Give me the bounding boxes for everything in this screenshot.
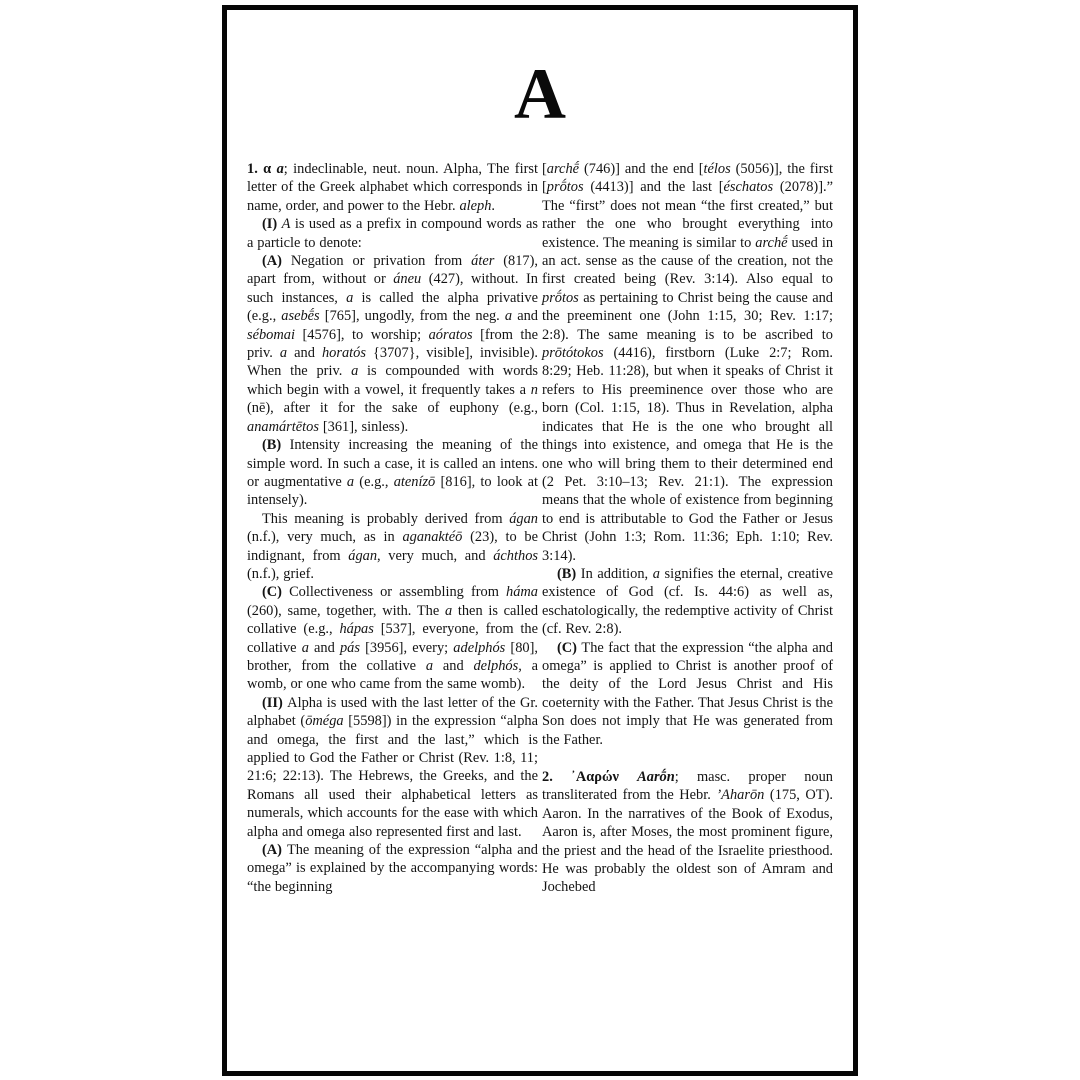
entry-2-aaron: 2. ᾿Ααρών Aarṓn; masc. proper noun trans… — [542, 768, 833, 897]
entry-1-I-B: (B) Intensity increasing the meaning of … — [247, 436, 538, 510]
entry-1-II-A: (A) The meaning of the expression “alpha… — [247, 841, 538, 896]
text-column-left: 1. α a; indeclinable, neut. noun. Alpha,… — [247, 160, 538, 897]
entry-1-I-C: (C) Collectiveness or assembling from há… — [247, 583, 538, 693]
entry-1-II-C: (C) The fact that the expression “the al… — [542, 639, 833, 749]
entry-1-roman-I: (I) A is used as a prefix in compound wo… — [247, 215, 538, 252]
dictionary-page-scan: A 1. α a; indeclinable, neut. noun. Alph… — [0, 0, 1080, 1080]
entry-1-intro: 1. α a; indeclinable, neut. noun. Alpha,… — [247, 160, 538, 215]
entry-1-II-B: (B) In addition, a signifies the eternal… — [542, 565, 833, 639]
page-frame: A 1. α a; indeclinable, neut. noun. Alph… — [222, 5, 858, 1076]
text-column-right: [archḗ (746)] and the end [télos (5056)]… — [542, 160, 833, 897]
text-columns: 1. α a; indeclinable, neut. noun. Alpha,… — [227, 160, 853, 897]
section-letter-heading: A — [227, 58, 853, 130]
entry-1-II-A-continued: [archḗ (746)] and the end [télos (5056)]… — [542, 160, 833, 565]
entry-1-roman-II: (II) Alpha is used with the last letter … — [247, 694, 538, 841]
entry-1-I-A: (A) Negation or privation from áter (817… — [247, 252, 538, 436]
entry-1-I-B-note: This meaning is probably derived from ág… — [247, 510, 538, 584]
